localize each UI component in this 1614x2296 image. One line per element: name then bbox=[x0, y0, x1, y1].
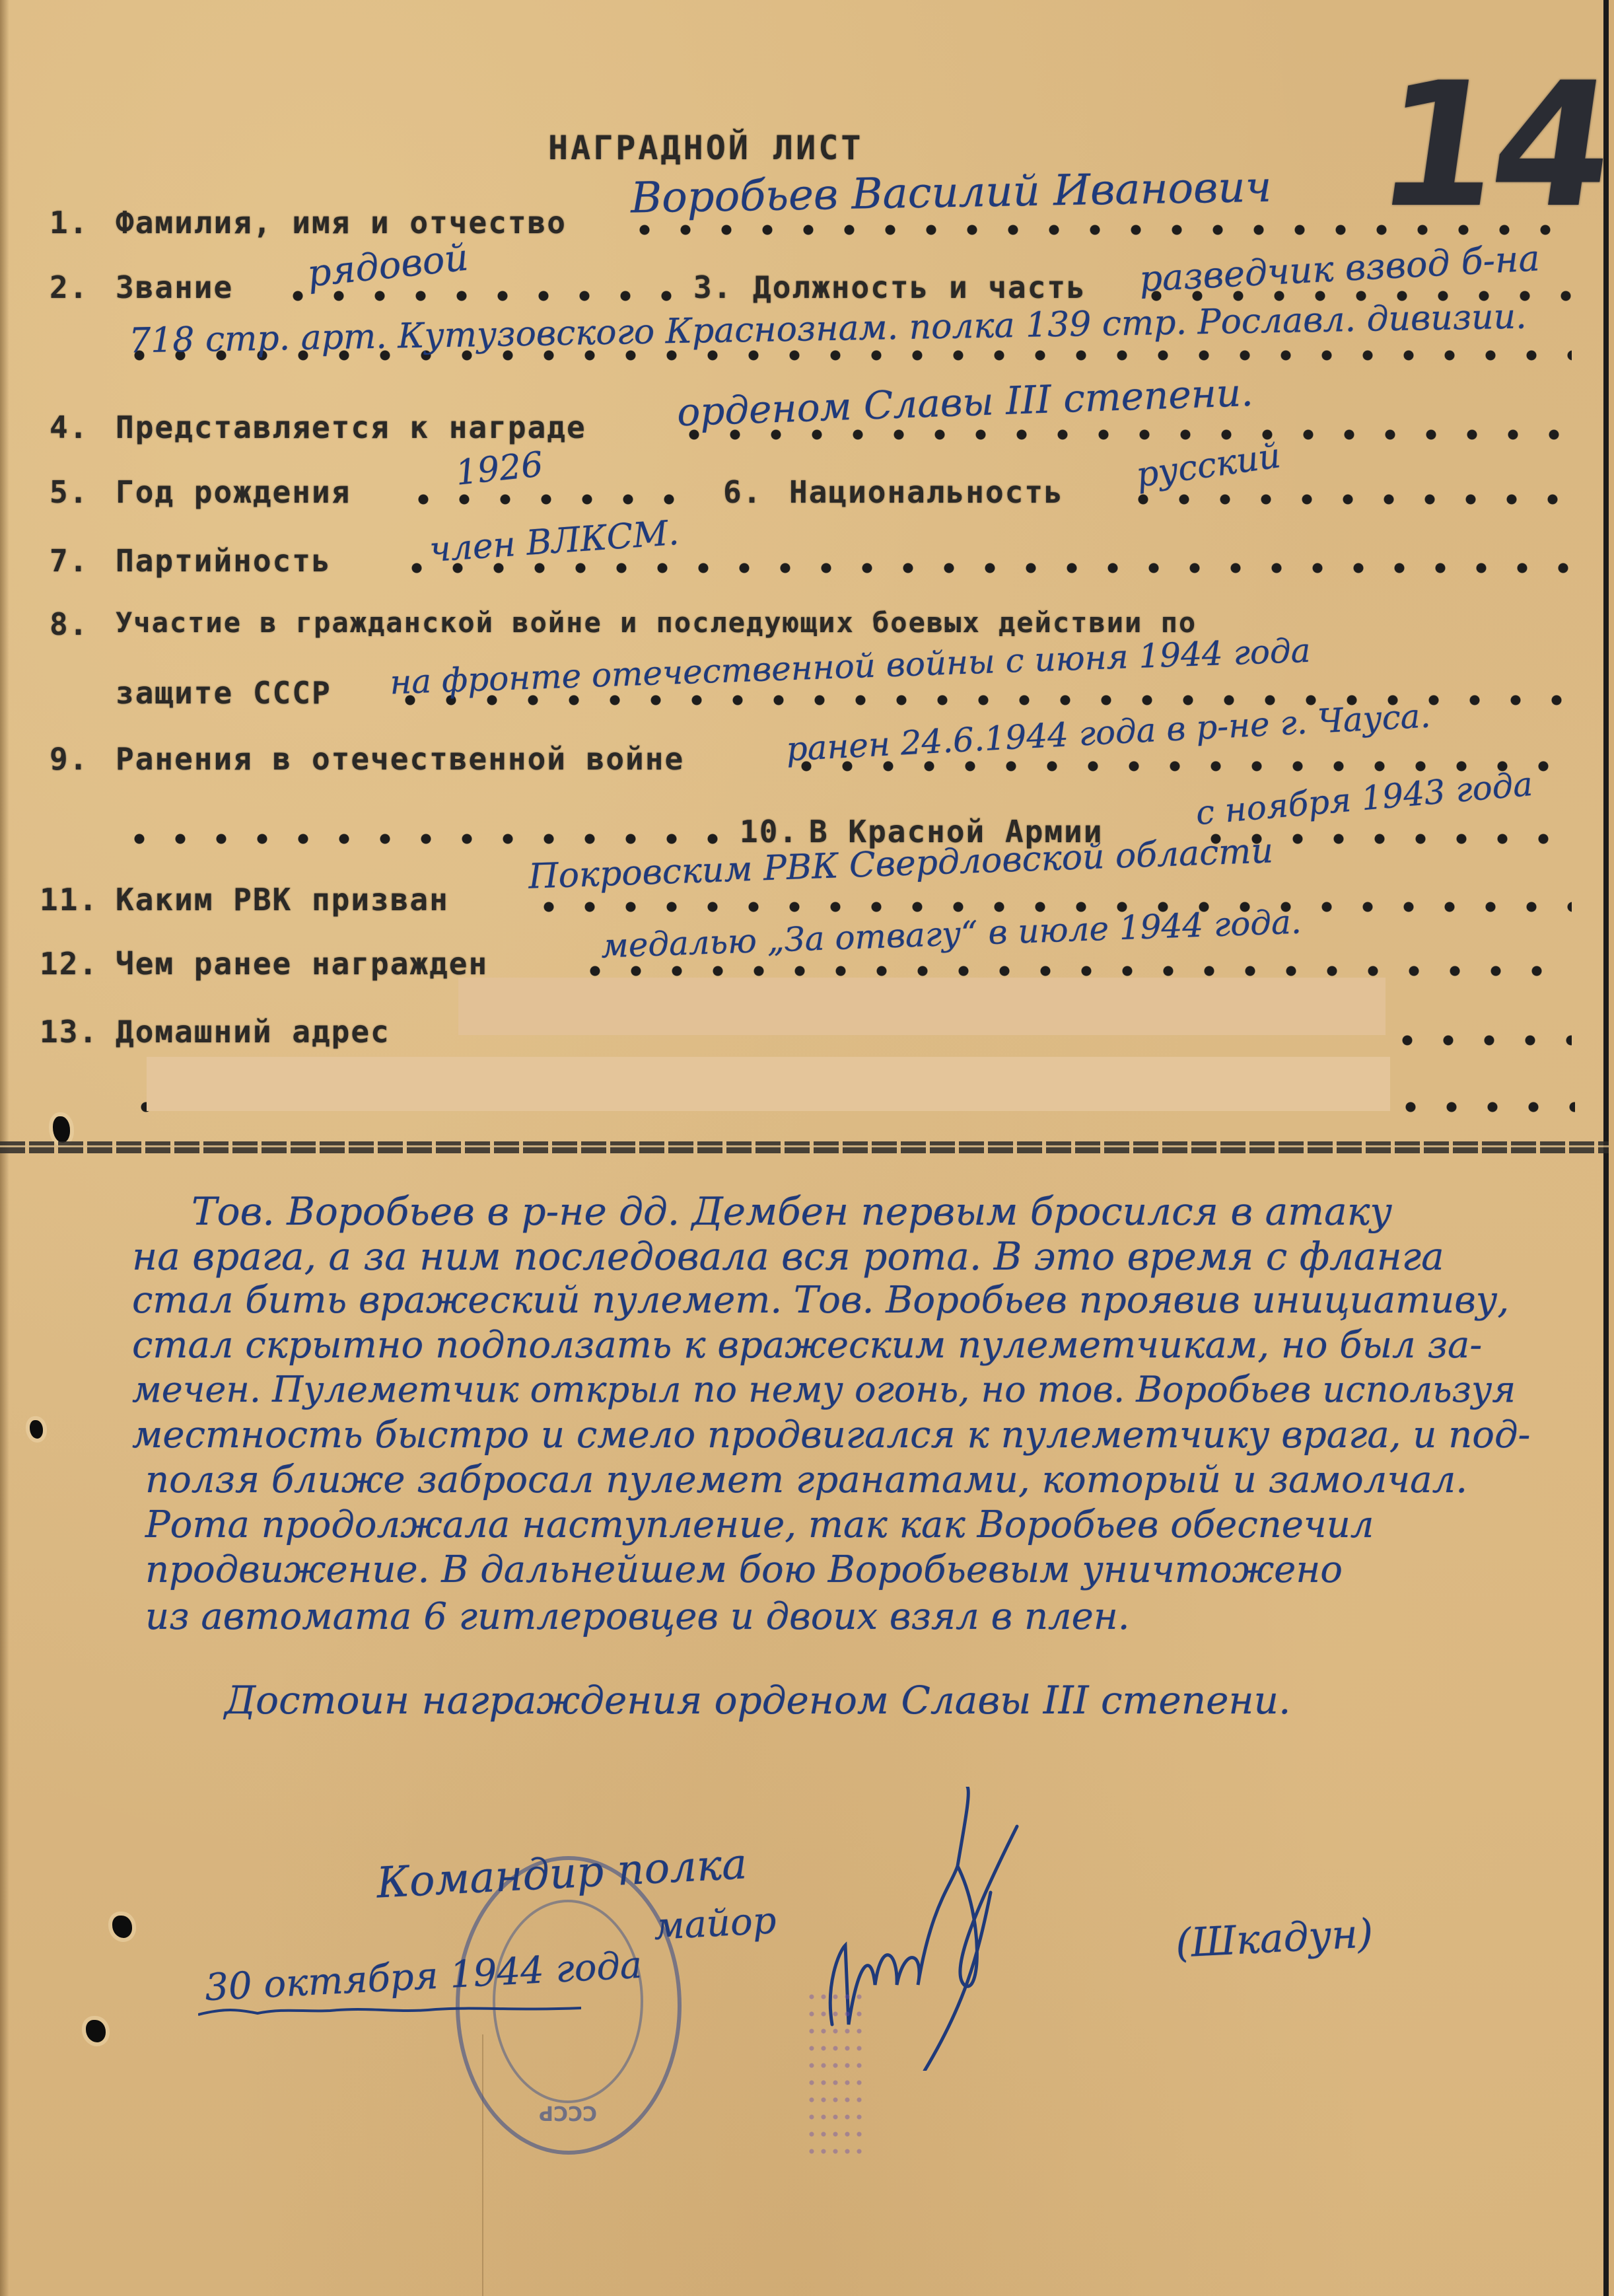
punch-hole bbox=[86, 2020, 106, 2042]
field-7-num: 7. bbox=[50, 543, 88, 579]
narrative-line: мечен. Пулеметчик открыл по нему огонь, … bbox=[132, 1369, 1516, 1410]
field-13-dotted-line bbox=[1387, 1035, 1572, 1046]
field-5-dotted-line bbox=[403, 494, 693, 505]
signatory-position: Командир полка bbox=[375, 1840, 748, 1908]
field-2-label: Звание bbox=[116, 269, 233, 305]
field-12-num: 12. bbox=[40, 946, 98, 982]
field-10-num: 10. bbox=[740, 814, 798, 849]
field-9-label: Ранения в отечественной войне bbox=[116, 741, 684, 777]
punch-hole bbox=[53, 1116, 70, 1143]
field-6-dotted-line bbox=[1123, 494, 1572, 505]
registry-number: 147 bbox=[1366, 46, 1614, 246]
field-13-second-dotted-line-right bbox=[1390, 1102, 1575, 1112]
address-redaction-2 bbox=[147, 1057, 1390, 1111]
field-1-label: Фамилия, имя и отчество bbox=[116, 205, 567, 240]
field-5-num: 5. bbox=[50, 474, 88, 510]
field-2-num: 2. bbox=[50, 269, 88, 305]
section-separator bbox=[0, 1141, 1609, 1153]
field-1-value: Воробьев Василий Иванович bbox=[630, 163, 1272, 223]
address-redaction-1 bbox=[458, 978, 1386, 1035]
narrative-line: местность быстро и смело продвигался к п… bbox=[132, 1414, 1530, 1456]
field-2-value: рядовой bbox=[305, 236, 470, 295]
narrative-line: на врага, а за ним последовала вся рота.… bbox=[132, 1234, 1444, 1279]
narrative-line: стал скрытно подползать к вражеским пуле… bbox=[132, 1324, 1482, 1367]
award-conclusion: Достоин награждения орденом Славы III ст… bbox=[225, 1678, 1290, 1723]
narrative-line: стал бить вражеский пулемет. Тов. Воробь… bbox=[132, 1279, 1509, 1322]
field-10-value: с ноября 1943 года bbox=[1194, 765, 1534, 832]
narrative-line: ползя ближе забросал пулемет гранатами, … bbox=[145, 1458, 1467, 1501]
field-1-num: 1. bbox=[50, 205, 88, 240]
field-6-value: русский bbox=[1134, 436, 1283, 495]
field-11-num: 11. bbox=[40, 882, 98, 917]
field-13-num: 13. bbox=[40, 1014, 98, 1050]
field-6-label: Национальность bbox=[789, 474, 1064, 510]
field-1-dotted-line bbox=[624, 225, 1562, 235]
field-6-num: 6. bbox=[723, 474, 762, 510]
field-12-label: Чем ранее награжден bbox=[116, 946, 488, 982]
field-8-label: Участие в гражданской войне и последующи… bbox=[116, 606, 1197, 639]
field-10-leading-dotted-line bbox=[119, 834, 733, 844]
field-3-num: 3. bbox=[693, 269, 732, 305]
document-title: НАГРАДНОЙ ЛИСТ bbox=[548, 129, 863, 167]
field-9-num: 9. bbox=[50, 741, 88, 777]
field-8-value: на фронте отечественной войны с июня 194… bbox=[389, 631, 1311, 702]
field-13-label: Домашний адрес bbox=[116, 1014, 390, 1050]
faded-violet-stamp bbox=[806, 1988, 865, 2160]
field-9-dotted-line bbox=[786, 761, 1572, 771]
field-3-label: Должность и часть bbox=[753, 269, 1086, 305]
punch-hole bbox=[30, 1420, 43, 1439]
signatory-name: (Шкадун) bbox=[1174, 1910, 1374, 1967]
field-4-num: 4. bbox=[50, 410, 88, 445]
field-7-dotted-line bbox=[396, 563, 1572, 573]
field-11-dotted-line bbox=[528, 902, 1572, 912]
field-5-value: 1926 bbox=[454, 445, 545, 493]
date-underline bbox=[198, 2001, 581, 2021]
field-4-value: орденом Славы III степени. bbox=[676, 370, 1254, 435]
signatory-rank: майор bbox=[652, 1899, 777, 1949]
field-8-num: 8. bbox=[50, 606, 88, 642]
narrative-line: из автомата 6 гитлеровцев и двоих взял в… bbox=[145, 1595, 1130, 1638]
field-5-label: Год рождения bbox=[116, 474, 351, 510]
field-9-value: ранен 24.6.1944 года в р-не г. Чауса. bbox=[785, 696, 1432, 768]
stamp-text: СССР bbox=[539, 2101, 597, 2124]
narrative-line: Рота продолжала наступление, так как Вор… bbox=[145, 1503, 1374, 1546]
field-4-label: Представляется к награде bbox=[116, 410, 586, 445]
narrative-line: продвижение. В дальнейшем бою Воробьевым… bbox=[145, 1548, 1343, 1591]
field-8-label-continuation: защите СССР bbox=[116, 675, 332, 711]
punch-hole bbox=[112, 1916, 132, 1938]
field-4-dotted-line bbox=[674, 429, 1572, 440]
award-sheet-page: 147 НАГРАДНОЙ ЛИСТ 1. Фамилия, имя и отч… bbox=[0, 0, 1609, 2296]
field-11-label: Каким РВК призван bbox=[116, 882, 449, 917]
field-7-label: Партийность bbox=[116, 543, 332, 579]
narrative-line: Тов. Воробьев в р-не дд. Дембен первым б… bbox=[192, 1189, 1392, 1234]
field-7-value: член ВЛКСМ. bbox=[428, 513, 680, 570]
field-12-dotted-line bbox=[575, 966, 1572, 976]
